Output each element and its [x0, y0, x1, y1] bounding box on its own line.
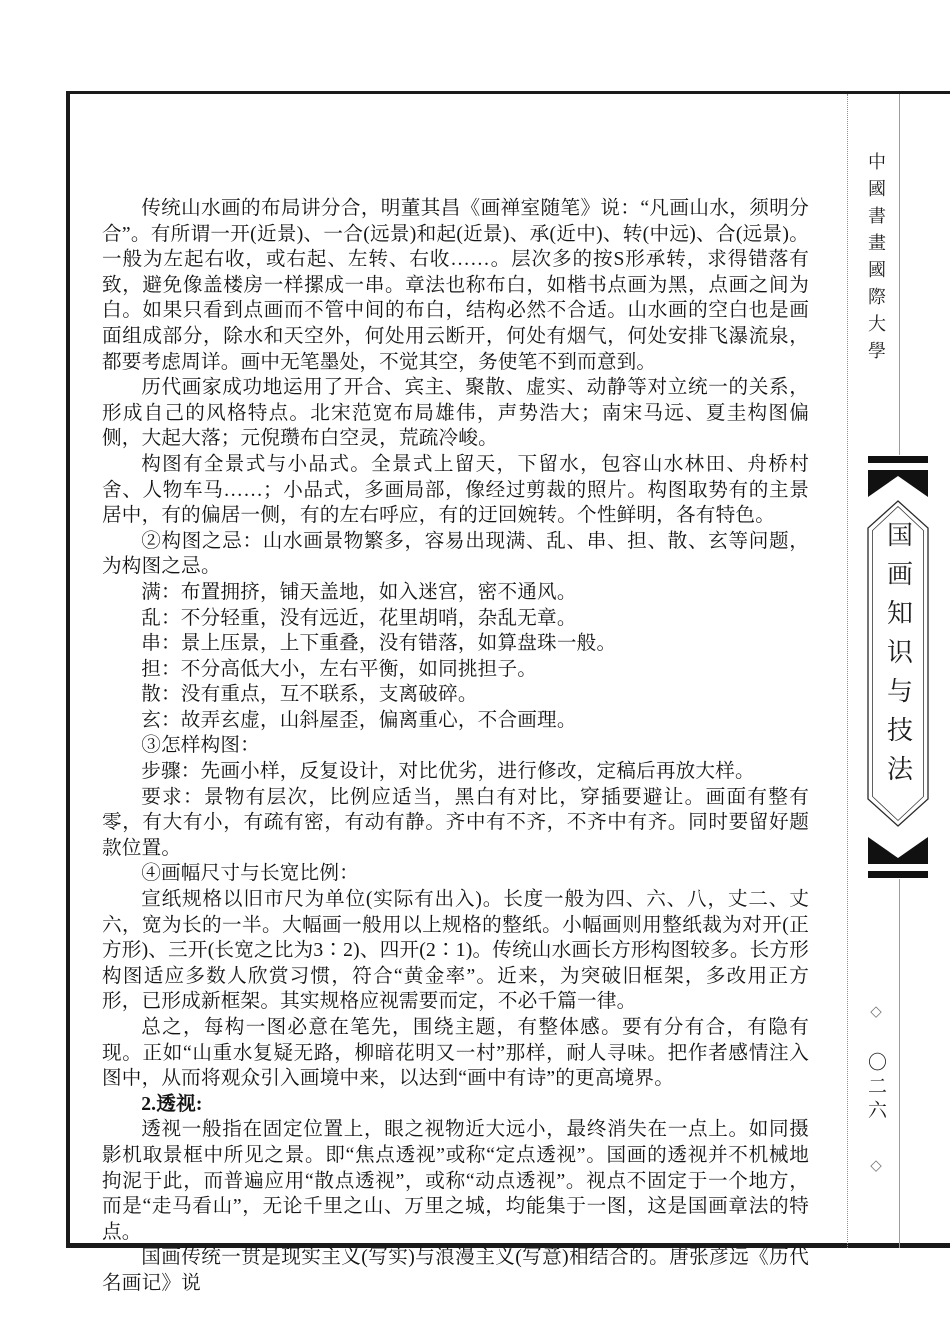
- page-number: ◇ 〇二六 ◇: [862, 1002, 889, 1174]
- paragraph: 构图有全景式与小品式。全景式上留天，下留水，包容山水林田、舟桥村舍、人物车马………: [102, 452, 809, 529]
- paragraph: ③怎样构图：: [102, 733, 809, 759]
- banner-bottom-ribbon: [868, 837, 928, 864]
- paragraph: 要求：景物有层次，比例应适当，黑白有对比，穿插要避让。画面有整有零，有大有小，有…: [102, 785, 809, 862]
- book-page: 传统山水画的布局讲分合，明董其昌《画禅室随笔》说：“凡画山水，须明分合”。有所谓…: [0, 0, 950, 1344]
- paragraph: 国画传统一贯是现实主义(写实)与浪漫主义(写意)相结合的。唐张彦远《历代名画记》…: [102, 1245, 809, 1296]
- banner-top-ribbon: [868, 470, 928, 497]
- sidebar-dotted-rule: [847, 94, 848, 1248]
- paragraph: 历代画家成功地运用了开合、宾主、聚散、虚实、动静等对立统一的关系，形成自己的风格…: [102, 375, 809, 452]
- paragraph: 串：景上压景，上下重叠，没有错落，如算盘珠一般。: [102, 631, 809, 657]
- paragraph: 乱：不分轻重，没有远近，花里胡哨，杂乱无章。: [102, 606, 809, 632]
- paragraph: 满：布置拥挤，铺天盖地，如入迷宫，密不通风。: [102, 580, 809, 606]
- chapter-title: 国画知识与技法: [880, 521, 917, 794]
- chapter-banner: 国画知识与技法: [867, 455, 929, 879]
- sidebar-university-title: 中國書畫國際大學: [863, 152, 889, 368]
- page-number-text: 〇二六: [865, 1052, 886, 1124]
- paragraph: ②构图之忌：山水画景物繁多，容易出现满、乱、串、担、散、玄等问题，为构图之忌。: [102, 529, 809, 580]
- paragraph: 透视一般指在固定位置上，眼之视物近大远小，最终消失在一点上。如同摄影机取景框中所…: [102, 1117, 809, 1245]
- paragraph: 担：不分高低大小，左右平衡，如同挑担子。: [102, 657, 809, 683]
- paragraph: 散：没有重点，互不联系，支离破碎。: [102, 682, 809, 708]
- paragraph: 传统山水画的布局讲分合，明董其昌《画禅室随笔》说：“凡画山水，须明分合”。有所谓…: [102, 196, 809, 375]
- paragraph: 玄：故弄玄虚，山斜屋歪，偏离重心，不合画理。: [102, 708, 809, 734]
- paragraph: 2.透视:: [102, 1092, 809, 1118]
- banner-bottom-bar: [868, 871, 928, 878]
- paragraph: ④画幅尺寸与长宽比例：: [102, 861, 809, 887]
- banner-top-bar: [868, 456, 928, 463]
- paragraph: 宣纸规格以旧市尺为单位(实际有出入)。长度一般为四、六、八，丈二、丈六，宽为长的…: [102, 887, 809, 1015]
- body-text: 传统山水画的布局讲分合，明董其昌《画禅室随笔》说：“凡画山水，须明分合”。有所谓…: [102, 196, 809, 1297]
- diamond-top-icon: ◇: [867, 1002, 883, 1020]
- paragraph: 步骤：先画小样，反复设计，对比优劣，进行修改，定稿后再放大样。: [102, 759, 809, 785]
- paragraph: 总之，每构一图必意在笔先，围绕主题，有整体感。要有分有合，有隐有现。正如“山重水…: [102, 1015, 809, 1092]
- diamond-bottom-icon: ◇: [867, 1156, 883, 1174]
